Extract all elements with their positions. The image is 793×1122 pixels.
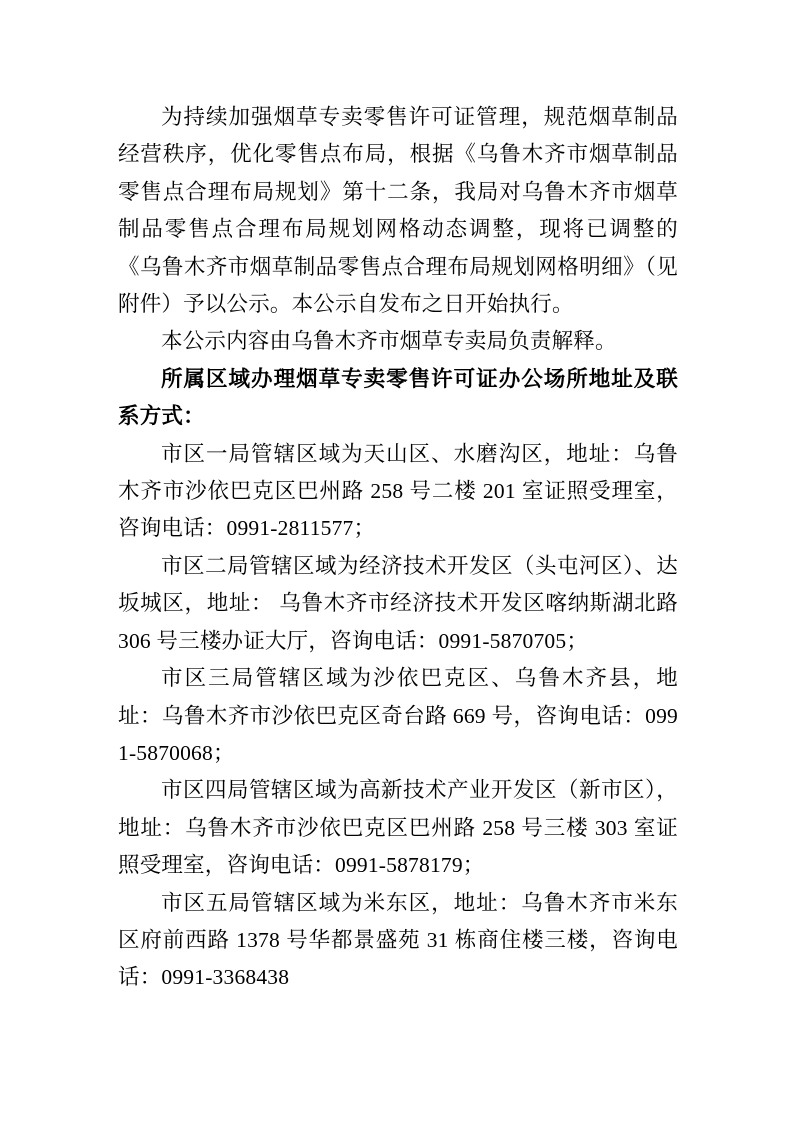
document-body: 为持续加强烟草专卖零售许可证管理，规范烟草制品经营秩序，优化零售点布局，根据《乌… [118, 99, 678, 997]
document-page: 为持续加强烟草专卖零售许可证管理，规范烟草制品经营秩序，优化零售点布局，根据《乌… [0, 0, 793, 1122]
paragraph-bureau-2-contact: 市区二局管辖区域为经济技术开发区（头屯河区）、达坂城区，地址： 乌鲁木齐市经济技… [118, 548, 678, 660]
paragraph-interpretation-note: 本公示内容由乌鲁木齐市烟草专卖局负责解释。 [118, 323, 678, 360]
paragraph-bureau-4-contact: 市区四局管辖区域为高新技术产业开发区（新市区），地址：乌鲁木齐市沙依巴克区巴州路… [118, 772, 678, 884]
paragraph-bureau-5-contact: 市区五局管辖区域为米东区，地址：乌鲁木齐市米东区府前西路 1378 号华都景盛苑… [118, 885, 678, 997]
paragraph-bureau-3-contact: 市区三局管辖区域为沙依巴克区、乌鲁木齐县，地址：乌鲁木齐市沙依巴克区奇台路 66… [118, 660, 678, 772]
paragraph-bureau-1-contact: 市区一局管辖区域为天山区、水磨沟区，地址：乌鲁木齐市沙依巴克区巴州路 258 号… [118, 436, 678, 548]
paragraph-intro: 为持续加强烟草专卖零售许可证管理，规范烟草制品经营秩序，优化零售点布局，根据《乌… [118, 99, 678, 323]
section-heading-contact-info: 所属区域办理烟草专卖零售许可证办公场所地址及联系方式： [118, 361, 678, 436]
